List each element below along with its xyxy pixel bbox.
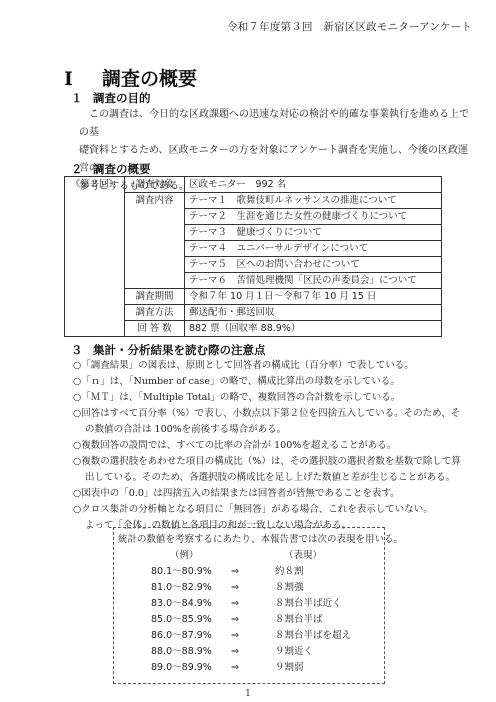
expression-guide-box: 統計の数値を考察するにあたり、本報告書では次の表現を用いる。 （例） （表現） … (113, 527, 385, 684)
row-value: 令和７年 10 月１日～令和７年 10 月 15 日 (185, 289, 442, 305)
row-value: 882 票（回収率 88.9%） (185, 321, 442, 337)
section-title: 集計・分析結果を読む際の注意点 (93, 343, 266, 357)
range: 81.0～82.9% (151, 580, 212, 596)
row-label: 調査方法 (125, 305, 185, 321)
expression: ８割強 (275, 580, 304, 596)
row-label: 回 答 数 (125, 321, 185, 337)
theme-value: テーマ３ 健康づくりについて (185, 225, 442, 241)
arrow-icon: ⇒ (231, 612, 239, 628)
theme-value: テーマ６ 苦情処理機関「区民の声委員会」について (185, 273, 442, 289)
note-item: ○回答はすべて百分率（%）で表し、小数点以下第２位を四捨五入している。そのため、… (73, 406, 473, 422)
theme-value: テーマ５ 区へのお問い合わせについて (185, 257, 442, 273)
round-label-cell: 《第３回》 (65, 177, 125, 337)
notes-list: ○「調査結果」の図表は、原則として回答者の構成比（百分率）で表している。 ○「ｎ… (73, 358, 473, 534)
note-item: ○クロス集計の分析軸となる項目に「無回答」がある場合、これを表示していない。 (73, 502, 473, 518)
section-3-heading: ３集計・分析結果を読む際の注意点 (71, 342, 266, 358)
example-header: （例） (170, 547, 199, 561)
row-label: 調査内容 (125, 193, 185, 289)
theme-value: テーマ１ 歌舞伎町ルネッサンスの推進について (185, 193, 442, 209)
expression: 約８割 (275, 564, 304, 580)
row-value: 郵送配布・郵送回収 (185, 305, 442, 321)
chapter-heading: Ⅰ調査の概要 (64, 64, 197, 91)
note-item: ○複数回答の設問では、すべての比率の合計が 100%を超えることがある。 (73, 438, 473, 454)
expression-intro: 統計の数値を考察するにあたり、本報告書では次の表現を用いる。 (118, 531, 403, 545)
note-item-continuation: 出している。そのため、各選択肢の構成比を足し上げた数値と差が生じることがある。 (73, 470, 473, 486)
theme-value: テーマ２ 生涯を通じた女性の健康づくりについて (185, 209, 442, 225)
arrow-icon: ⇒ (231, 580, 239, 596)
section-2-heading: ２調査の概要 (71, 161, 151, 177)
range: 86.0～87.9% (151, 628, 212, 644)
range: 89.0～89.9% (151, 660, 212, 676)
expression-row: 89.0～89.9% ⇒ ９割弱 (114, 660, 384, 676)
expression: ８割台半ばを超え (275, 628, 351, 644)
expression: ８割台半ば近く (275, 596, 342, 612)
expression: ９割近く (275, 644, 313, 660)
note-item: ○複数の選択肢をあわせた項目の構成比（%）は、その選択肢の選択者数を基数で除して… (73, 454, 473, 470)
arrow-icon: ⇒ (231, 564, 239, 580)
chapter-title: 調査の概要 (102, 68, 197, 90)
row-label: 調査対象 (125, 177, 185, 193)
section-number: １ (71, 90, 93, 106)
arrow-icon: ⇒ (231, 660, 239, 676)
expression-row: 80.1～80.9% ⇒ 約８割 (114, 564, 384, 580)
note-item: ○「ｎ」は、「Number of case」の略で、構成比算出の母数を示している… (73, 374, 473, 390)
expression-header: （表現） (284, 547, 322, 561)
paragraph-line: この調査は、今日的な区政課題への迅速な対応の検討や的確な事業執行を進める上での基 (79, 106, 471, 142)
expression-row: 83.0～84.9% ⇒ ８割台半ば近く (114, 596, 384, 612)
arrow-icon: ⇒ (231, 596, 239, 612)
page-header: 令和７年度第３回 新宿区区政モニターアンケート (227, 19, 472, 34)
expression: ８割台半ば (275, 612, 323, 628)
row-label: 調査期間 (125, 289, 185, 305)
expression-row: 81.0～82.9% ⇒ ８割強 (114, 580, 384, 596)
page-number: 1 (0, 689, 496, 699)
arrow-icon: ⇒ (231, 628, 239, 644)
note-item-continuation: の数値の合計は 100%を前後する場合がある。 (73, 422, 473, 438)
range: 83.0～84.9% (151, 596, 212, 612)
section-number: ２ (71, 161, 93, 177)
section-1-heading: １調査の目的 (71, 90, 151, 106)
expression-row: 85.0～85.9% ⇒ ８割台半ば (114, 612, 384, 628)
note-item: ○「ＭＴ」は、「Multiple Total」の略で、複数回答の合計数を示してい… (73, 390, 473, 406)
theme-value: テーマ４ ユニバーサルデザインについて (185, 241, 442, 257)
arrow-icon: ⇒ (231, 644, 239, 660)
row-value: 区政モニター 992 名 (185, 177, 442, 193)
range: 85.0～85.9% (151, 612, 212, 628)
section-title: 調査の概要 (93, 162, 151, 176)
section-title: 調査の目的 (93, 91, 151, 105)
range: 80.1～80.9% (151, 564, 212, 580)
table-row: 《第３回》 調査対象 区政モニター 992 名 (65, 177, 442, 193)
chapter-number: Ⅰ (64, 68, 102, 90)
note-item: ○「調査結果」の図表は、原則として回答者の構成比（百分率）で表している。 (73, 358, 473, 374)
range: 88.0～88.9% (151, 644, 212, 660)
section-number: ３ (71, 342, 93, 358)
expression: ９割弱 (275, 660, 304, 676)
expression-row: 86.0～87.9% ⇒ ８割台半ばを超え (114, 628, 384, 644)
note-item: ○図表中の「0.0」は四捨五入の結果または回答者が皆無であることを表す。 (73, 486, 473, 502)
expression-row: 88.0～88.9% ⇒ ９割近く (114, 644, 384, 660)
survey-overview-table: 《第３回》 調査対象 区政モニター 992 名 調査内容 テーマ１ 歌舞伎町ルネ… (64, 176, 442, 337)
